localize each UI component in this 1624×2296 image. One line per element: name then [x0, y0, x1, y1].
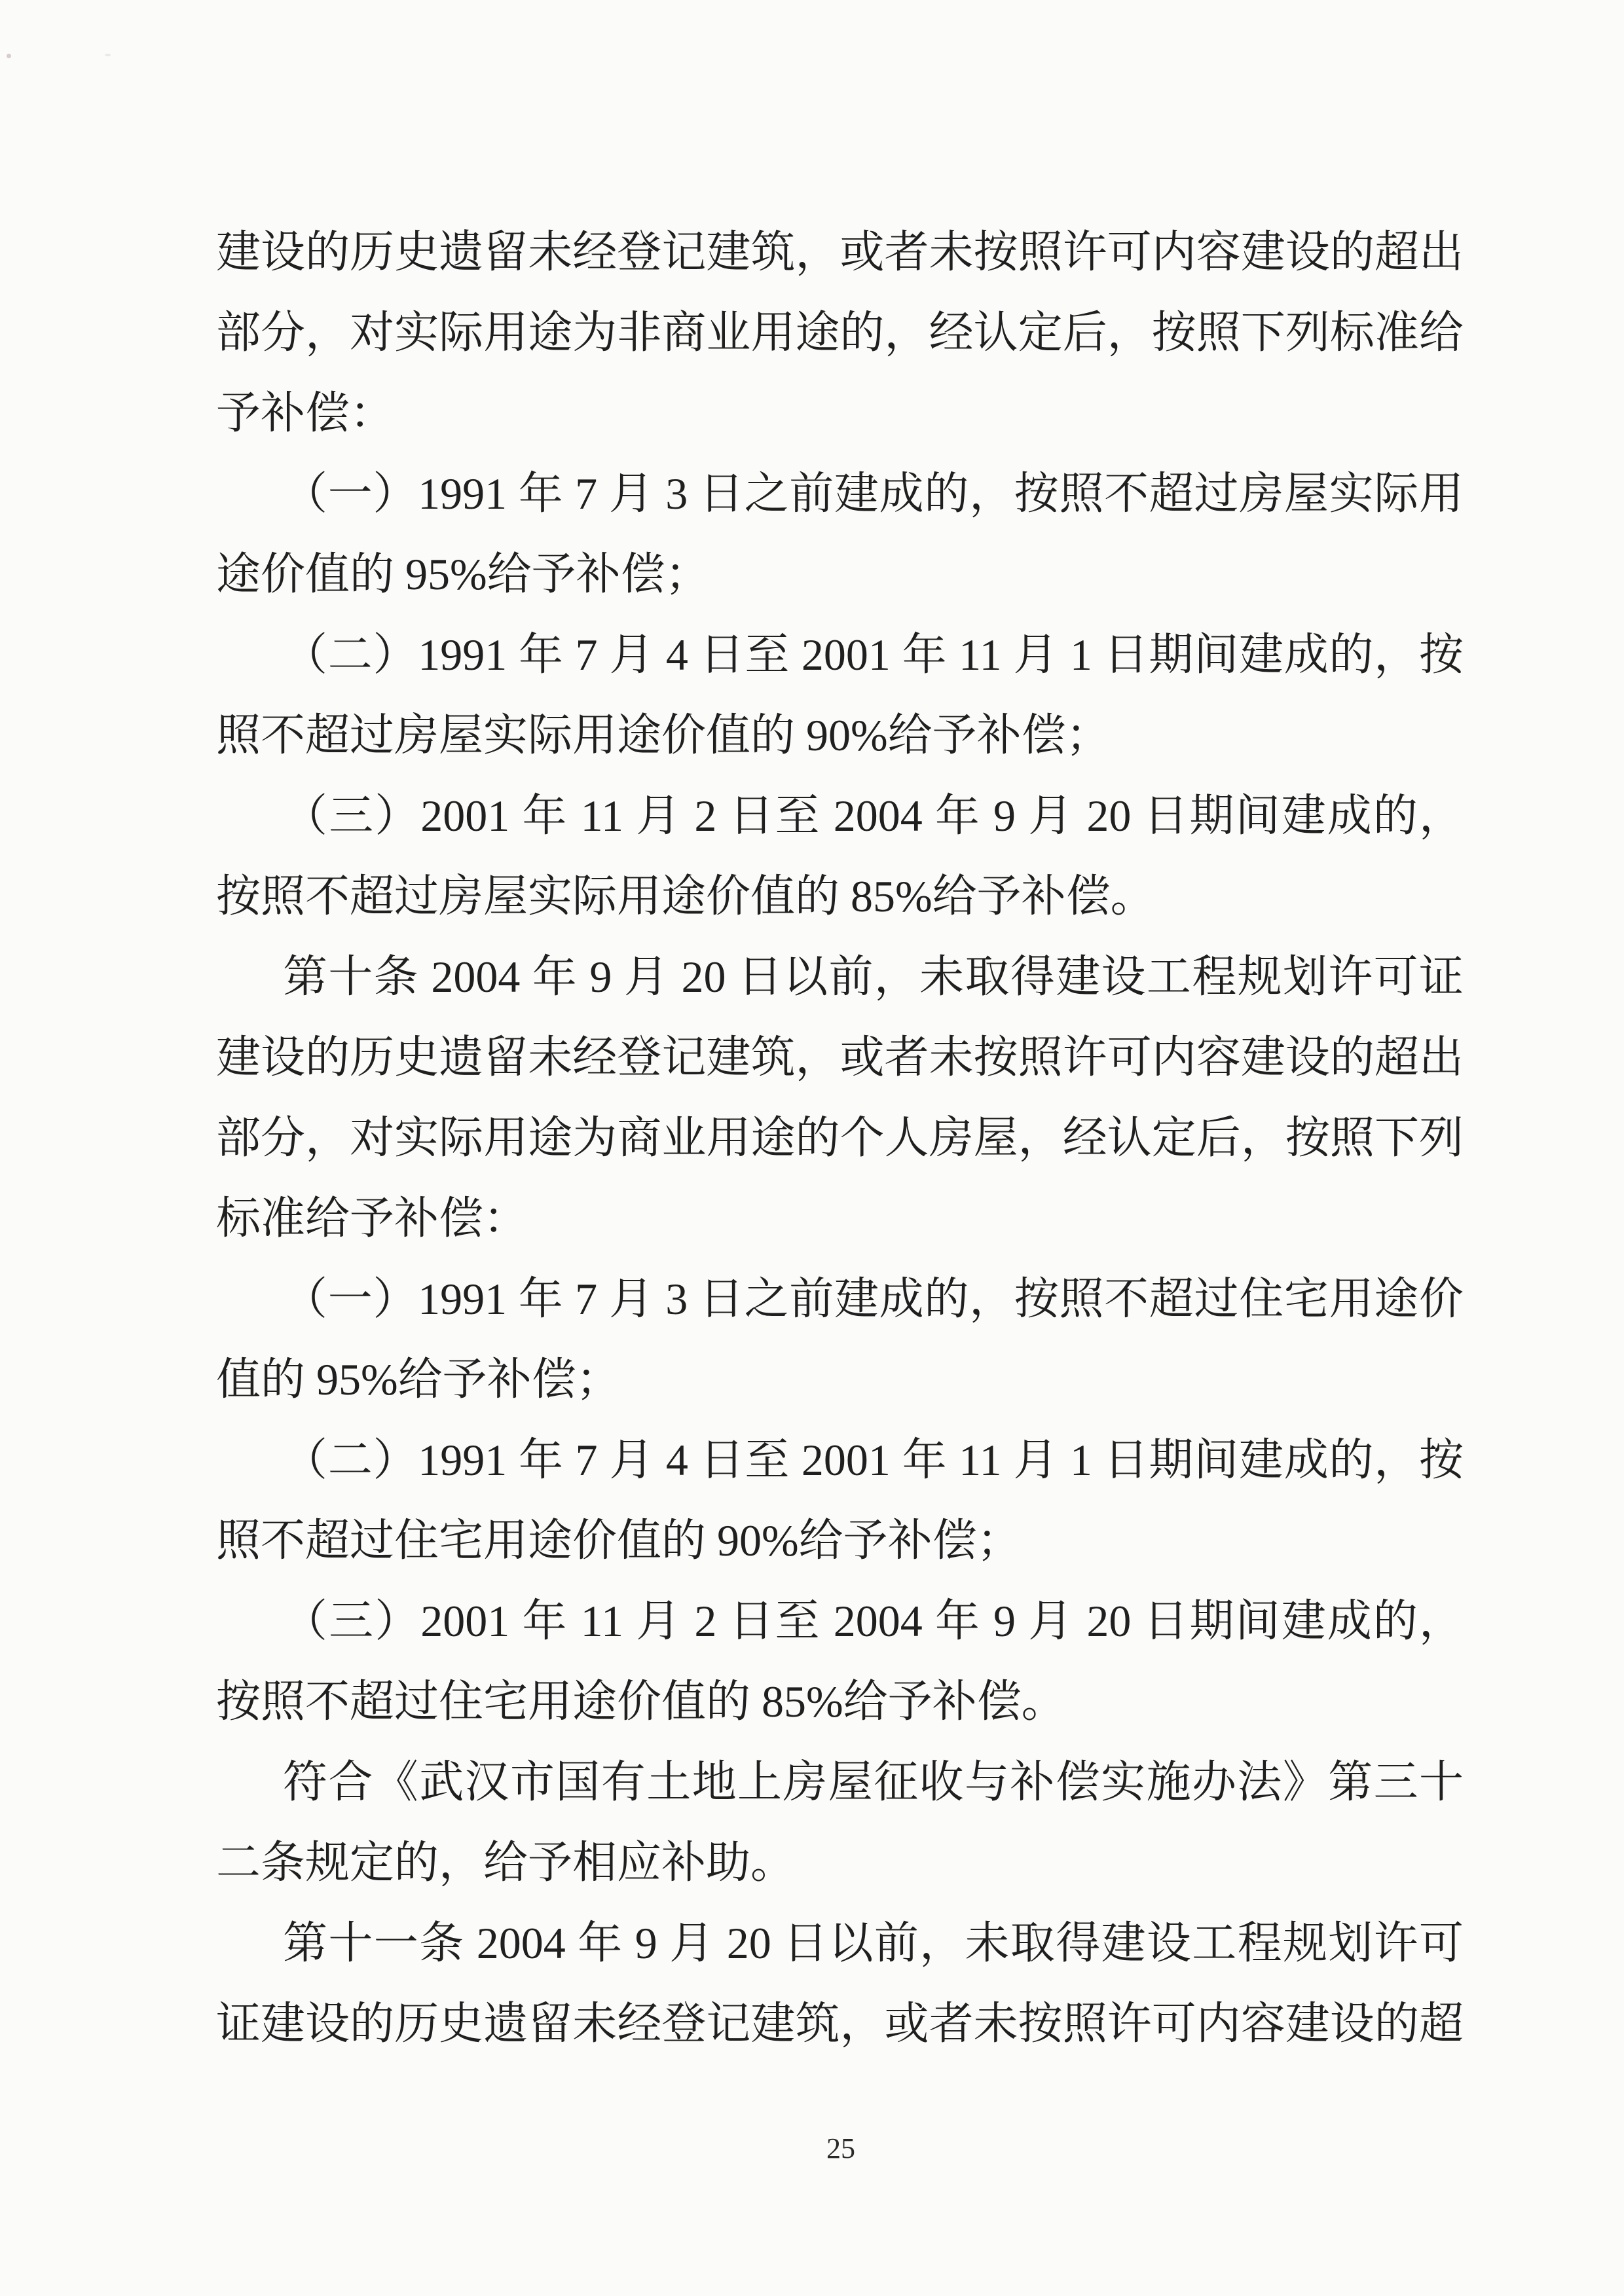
text-line: 建设的历史遗留未经登记建筑，或者未按照许可内容建设的超出 — [216, 1017, 1464, 1098]
text-line: 第十一条 2004 年 9 月 20 日以前，未取得建设工程规划许可 — [216, 1903, 1464, 1984]
text-line: 证建设的历史遗留未经登记建筑，或者未按照许可内容建设的超 — [216, 1984, 1464, 2064]
text-line: 符合《武汉市国有土地上房屋征收与补偿实施办法》第三十 — [216, 1742, 1464, 1823]
text-line: 第十条 2004 年 9 月 20 日以前，未取得建设工程规划许可证 — [216, 937, 1464, 1017]
text-line: 二条规定的，给予相应补助。 — [216, 1823, 1464, 1903]
text-line: 予补偿： — [216, 373, 1464, 454]
text-line: （三）2001 年 11 月 2 日至 2004 年 9 月 20 日期间建成的… — [216, 1581, 1464, 1662]
text-line: （二）1991 年 7 月 4 日至 2001 年 11 月 1 日期间建成的，… — [216, 1420, 1464, 1501]
text-line: 照不超过房屋实际用途价值的 90%给予补偿； — [216, 695, 1464, 776]
document-text-block: 建设的历史遗留未经登记建筑，或者未按照许可内容建设的超出部分，对实际用途为非商业… — [216, 212, 1464, 2064]
text-line: 部分，对实际用途为非商业用途的，经认定后，按照下列标准给 — [216, 293, 1464, 373]
text-line: （二）1991 年 7 月 4 日至 2001 年 11 月 1 日期间建成的，… — [216, 615, 1464, 695]
scan-speck — [7, 54, 11, 58]
text-line: （一）1991 年 7 月 3 日之前建成的，按照不超过住宅用途价 — [216, 1259, 1464, 1339]
text-line: 按照不超过住宅用途价值的 85%给予补偿。 — [216, 1662, 1464, 1742]
text-line: 途价值的 95%给予补偿； — [216, 534, 1464, 615]
text-line: 按照不超过房屋实际用途价值的 85%给予补偿。 — [216, 856, 1464, 937]
page-number: 25 — [826, 2129, 855, 2168]
text-line: （一）1991 年 7 月 3 日之前建成的，按照不超过房屋实际用 — [216, 454, 1464, 534]
text-line: （三）2001 年 11 月 2 日至 2004 年 9 月 20 日期间建成的… — [216, 776, 1464, 856]
document-page: 建设的历史遗留未经登记建筑，或者未按照许可内容建设的超出部分，对实际用途为非商业… — [0, 0, 1624, 2296]
scan-speck — [105, 54, 111, 56]
text-line: 标准给予补偿： — [216, 1178, 1464, 1259]
text-line: 建设的历史遗留未经登记建筑，或者未按照许可内容建设的超出 — [216, 212, 1464, 293]
text-line: 照不超过住宅用途价值的 90%给予补偿； — [216, 1501, 1464, 1581]
text-line: 值的 95%给予补偿； — [216, 1339, 1464, 1420]
text-line: 部分，对实际用途为商业用途的个人房屋，经认定后，按照下列 — [216, 1098, 1464, 1178]
